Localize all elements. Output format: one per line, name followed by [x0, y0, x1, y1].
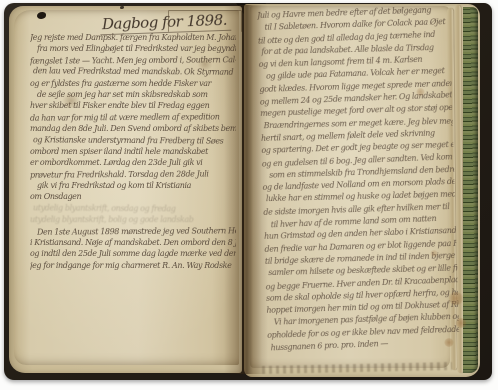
foxing-stain — [455, 318, 467, 328]
pencil-rule-box — [168, 10, 242, 32]
handwriting-line: om Onsdagen — [30, 192, 236, 203]
handwriting-line: Jeg rejste med Dampsk. færgen fra Kaphol… — [30, 33, 236, 44]
handwriting-line: fra mors ved Elingbøjet til Fredriksted … — [37, 44, 236, 55]
green-speckled-fore-edge — [463, 7, 478, 373]
foxing-stain — [444, 338, 454, 347]
handwriting-line: og er fyldstes fra gastærne som hedde Fi… — [30, 79, 236, 90]
handwriting-line: i Kristiansand. Nøje af mandskabet. Den … — [30, 238, 236, 249]
ink-smudge — [196, 58, 214, 70]
foxing-stain — [430, 250, 438, 257]
handwriting-line: og indtil den 25de Juli somme dag lagde … — [30, 249, 236, 260]
handwriting-line: mandag den 8de Juli. Den Svend ombord af… — [30, 124, 236, 135]
handwriting-line: utydelig blyantskrift, bolig og gode lan… — [30, 215, 236, 226]
left-page-handwriting: Dagbog for 1898. Jeg rejste med Dampsk. … — [30, 12, 236, 272]
handwriting-line: jeg for indgange for mig charmeret R. An… — [30, 261, 236, 272]
handwriting-line: da han var for mig til at være medlem af… — [30, 112, 236, 125]
right-page-handwriting: Juli og Havre men bedre efter af det bøl… — [257, 4, 460, 354]
handwriting-line: og Kristianske understyrmand fra Fredber… — [33, 135, 236, 148]
handwriting-line: utydelig blyantskrift, onsdag og fredag — [33, 203, 236, 216]
handwriting-line: ombord men spiser iland indtil hele mand… — [30, 147, 236, 158]
handwriting-line: Den 1ste August 1898 mønstrede jeg ved S… — [37, 226, 236, 239]
handwriting-line: prøvetur fra Fredrikshald. Torsdag den 2… — [30, 169, 236, 182]
handwriting-line: gik vi fra Fredrikstad og kom til Kristi… — [37, 181, 236, 192]
foxing-stain — [416, 88, 425, 96]
handwriting-line: er ombordkommet. Lørdag den 23de Juli gi… — [30, 158, 236, 169]
photo-of-open-diary: Dagbog for 1898. Jeg rejste med Dampsk. … — [0, 0, 498, 390]
foxing-stain — [448, 292, 464, 305]
ink-smudge — [60, 94, 82, 108]
